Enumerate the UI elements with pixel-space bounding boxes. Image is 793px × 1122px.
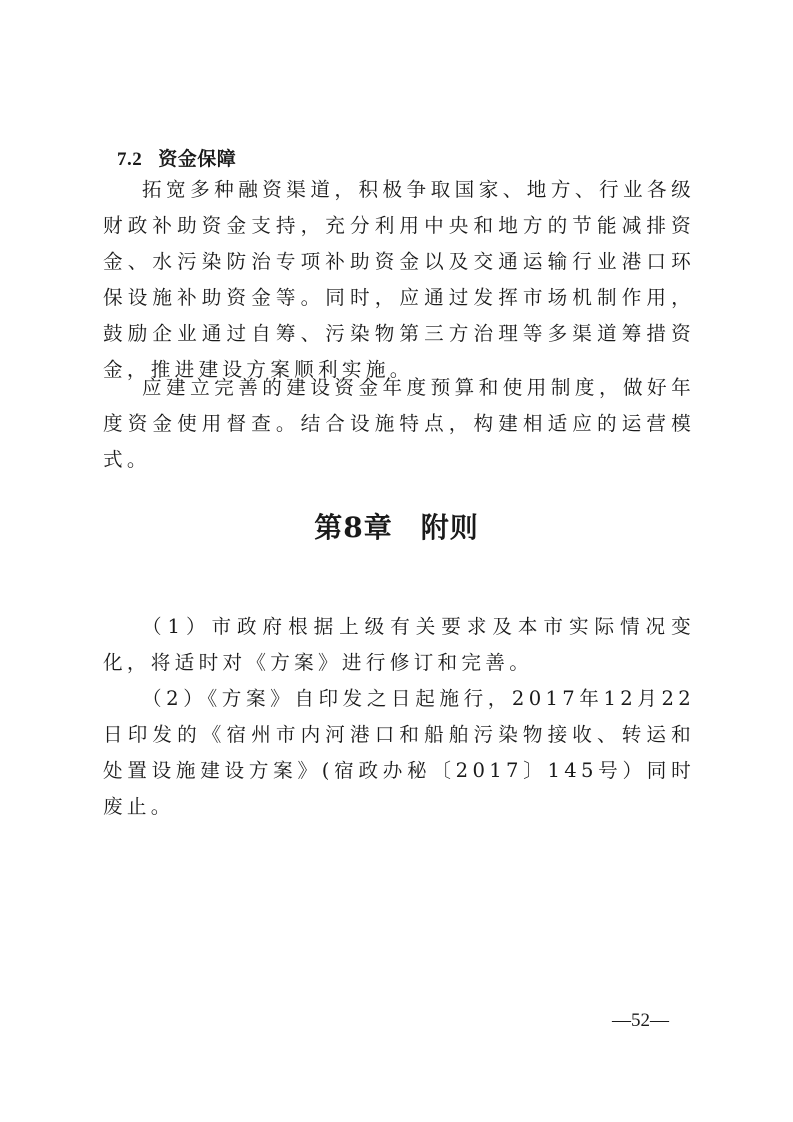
page-number: —52— (612, 1010, 669, 1032)
chapter-title: 第8章附则 (0, 506, 793, 546)
chapter-label: 第8章 (314, 511, 392, 544)
article-2: （2）《方案》自印发之日起施行，2017年12月22日印发的《宿州市内河港口和船… (103, 681, 695, 825)
paragraph-funding-channels: 拓宽多种融资渠道，积极争取国家、地方、行业各级财政补助资金支持，充分利用中央和地… (103, 172, 695, 388)
paragraph-budget-system: 应建立完善的建设资金年度预算和使用制度，做好年度资金使用督查。结合设施特点，构建… (103, 370, 695, 478)
section-heading: 7.2资金保障 (117, 144, 236, 171)
document-page: 7.2资金保障 拓宽多种融资渠道，积极争取国家、地方、行业各级财政补助资金支持，… (0, 0, 793, 1122)
section-title: 资金保障 (158, 148, 236, 170)
article-1: （1）市政府根据上级有关要求及本市实际情况变化，将适时对《方案》进行修订和完善。 (103, 609, 695, 681)
section-number: 7.2 (117, 149, 142, 170)
chapter-name: 附则 (421, 511, 479, 544)
